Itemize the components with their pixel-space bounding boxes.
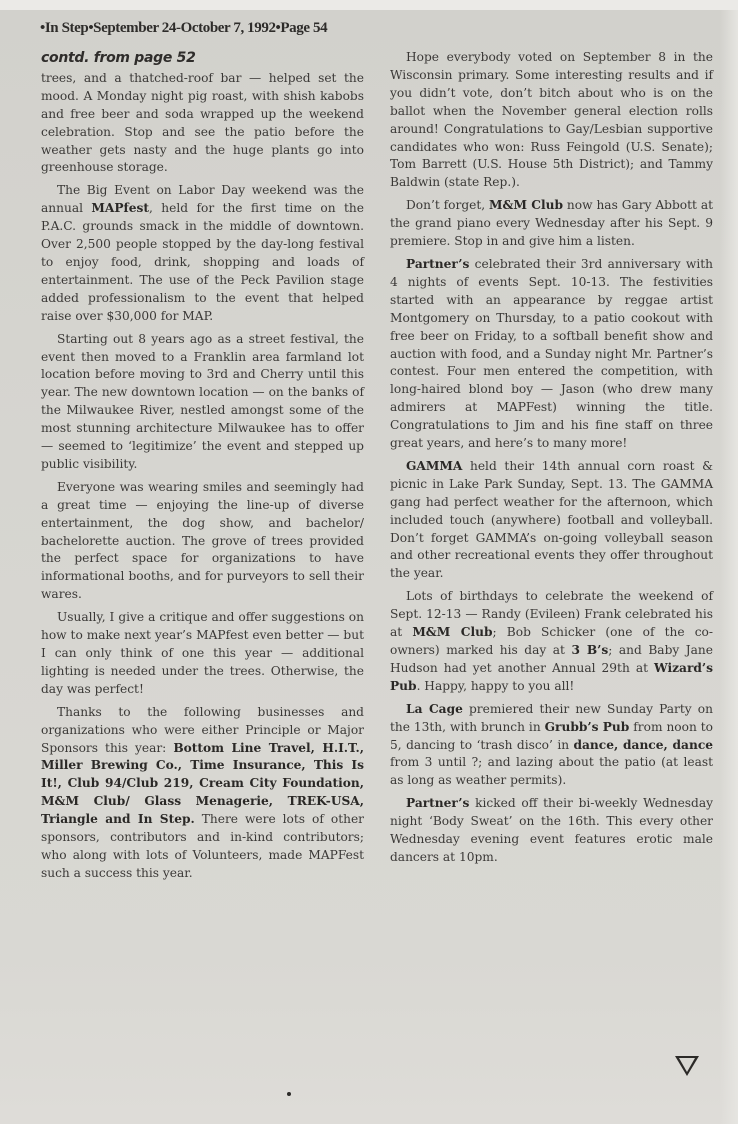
paragraph: La Cage premiered their new Sunday Party… bbox=[390, 701, 713, 791]
paragraph: Starting out 8 years ago as a street fes… bbox=[41, 331, 364, 474]
paragraph: Lots of birthdays to celebrate the weeke… bbox=[390, 588, 713, 695]
bold-name: M&M Club bbox=[489, 198, 563, 212]
triangle-down-end-mark-icon bbox=[675, 1056, 699, 1076]
paragraph: Partner’s celebrated their 3rd anniversa… bbox=[390, 256, 713, 453]
paragraph: Don’t forget, M&M Club now has Gary Abbo… bbox=[390, 197, 713, 251]
page-edge-highlight bbox=[720, 10, 738, 1124]
bold-name: Partner’s bbox=[406, 257, 469, 271]
page-dot-mark bbox=[287, 1092, 291, 1096]
bold-name: MAPfest bbox=[91, 201, 149, 215]
paragraph: Usually, I give a critique and offer sug… bbox=[41, 609, 364, 699]
paragraph: trees, and a thatched-roof bar — helped … bbox=[41, 70, 364, 177]
paragraph: Thanks to the following businesses and o… bbox=[41, 704, 364, 883]
running-head: •In Step•September 24-October 7, 1992•Pa… bbox=[40, 20, 327, 37]
right-column: Hope everybody voted on September 8 in t… bbox=[390, 49, 713, 872]
paragraph: The Big Event on Labor Day weekend was t… bbox=[41, 182, 364, 325]
left-column: contd. from page 52 trees, and a thatche… bbox=[41, 50, 364, 888]
continuation-label: contd. from page 52 bbox=[41, 50, 364, 68]
bold-name: Partner’s bbox=[406, 796, 469, 810]
paragraph: Everyone was wearing smiles and seemingl… bbox=[41, 479, 364, 604]
paragraph: Hope everybody voted on September 8 in t… bbox=[390, 49, 713, 192]
paragraph: GAMMA held their 14th annual corn roast … bbox=[390, 458, 713, 583]
paragraph: Partner’s kicked off their bi-weekly Wed… bbox=[390, 795, 713, 867]
bold-name: GAMMA bbox=[406, 459, 462, 473]
